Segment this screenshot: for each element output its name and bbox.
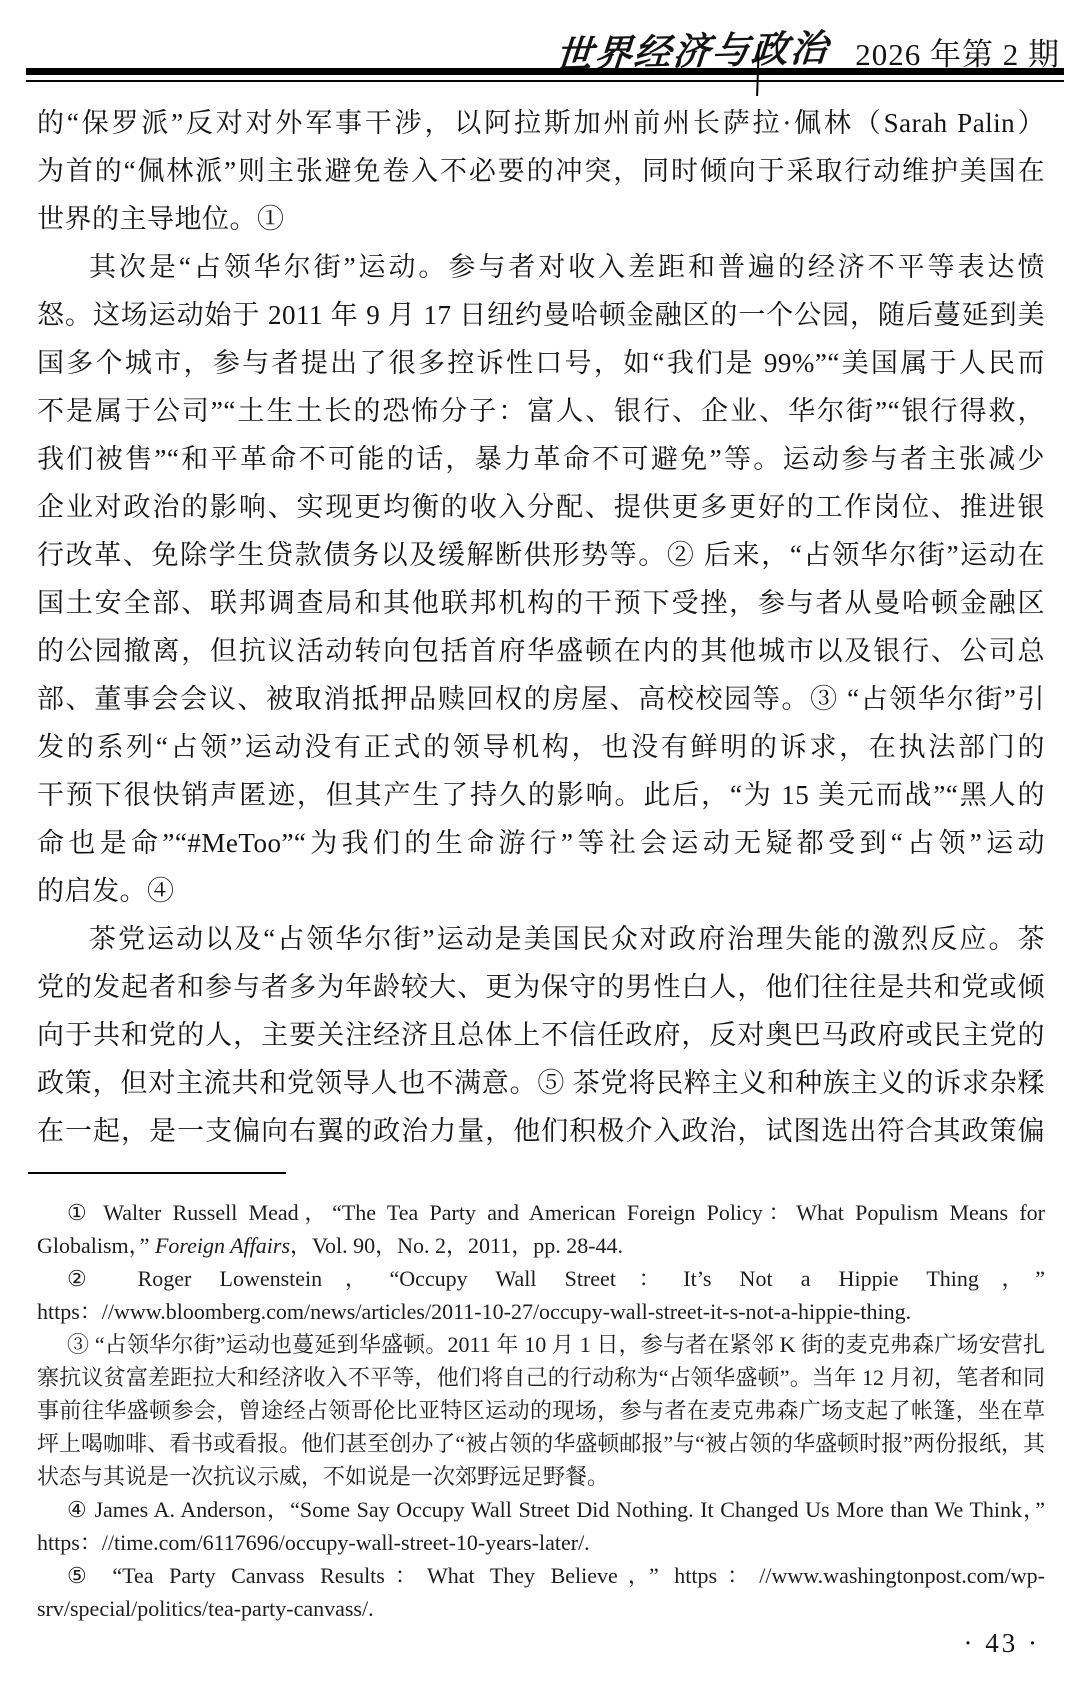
body-text-line: 世界的主导地位。① xyxy=(37,195,1045,243)
body-text-line: 国多个城市，参与者提出了很多控诉性口号，如“我们是 99%”“美国属于人民而 xyxy=(37,339,1045,387)
body-text-line: 发的系列“占领”运动没有正式的领导机构，也没有鲜明的诉求，在执法部门的 xyxy=(37,723,1045,771)
body-text-line: 党的发起者和参与者多为年龄较大、更为保守的男性白人，他们往往是共和党或倾 xyxy=(37,963,1045,1011)
body-text-line: 我们被售”“和平革命不可能的话，暴力革命不可避免”等。运动参与者主张减少 xyxy=(37,435,1045,483)
body-text-line: 的“保罗派”反对对外军事干涉，以阿拉斯加州前州长萨拉·佩林（Sarah Pali… xyxy=(37,99,1045,147)
footnote-item: ③ “占领华尔街”运动也蔓延到华盛顿。2011 年 10 月 1 日，参与者在紧… xyxy=(37,1328,1045,1493)
body-text-line: 茶党运动以及“占领华尔街”运动是美国民众对政府治理失能的激烈反应。茶 xyxy=(37,915,1045,963)
body-text-line: 不是属于公司”“土生土长的恐怖分子：富人、银行、企业、华尔街”“银行得救， xyxy=(37,387,1045,435)
article-body: 的“保罗派”反对对外军事干涉，以阿拉斯加州前州长萨拉·佩林（Sarah Pali… xyxy=(37,99,1045,1155)
body-text-line: 命也是命”“#MeToo”“为我们的生命游行”等社会运动无疑都受到“占领”运动 xyxy=(37,819,1045,867)
page-number: · 43 · xyxy=(964,1628,1040,1659)
body-text-line: 的公园撤离，但抗议活动转向包括首府华盛顿在内的其他城市以及银行、公司总 xyxy=(37,627,1045,675)
body-text-line: 其次是“占领华尔街”运动。参与者对收入差距和普遍的经济不平等表达愤 xyxy=(37,243,1045,291)
footnote-item: ① Walter Russell Mead，“The Tea Party and… xyxy=(37,1196,1045,1262)
footnote-separator-rule xyxy=(28,1172,286,1174)
journal-page: 世界经济与政治 2026 年第 2 期 的“保罗派”反对对外军事干涉，以阿拉斯加… xyxy=(0,0,1080,1689)
body-text-line: 在一起，是一支偏向右翼的政治力量，他们积极介入政治，试图选出符合其政策偏 xyxy=(37,1107,1045,1155)
body-text-line: 干预下很快销声匿迹，但其产生了持久的影响。此后，“为 15 美元而战”“黑人的 xyxy=(37,771,1045,819)
body-text-line: 国土安全部、联邦调查局和其他联邦机构的干预下受挫，参与者从曼哈顿金融区 xyxy=(37,579,1045,627)
body-text-line: 行改革、免除学生贷款债务以及缓解断供形势等。② 后来，“占领华尔街”运动在 xyxy=(37,531,1045,579)
journal-logo-calligraphy: 世界经济与政治 xyxy=(554,29,831,73)
page-header: 世界经济与政治 2026 年第 2 期 xyxy=(0,18,1060,70)
body-text-line: 政策，但对主流共和党领导人也不满意。⑤ 茶党将民粹主义和种族主义的诉求杂糅 xyxy=(37,1059,1045,1107)
body-text-line: 部、董事会会议、被取消抵押品赎回权的房屋、高校校园等。③ “占领华尔街”引 xyxy=(37,675,1045,723)
body-text-line: 的启发。④ xyxy=(37,867,1045,915)
body-text-line: 怒。这场运动始于 2011 年 9 月 17 日纽约曼哈顿金融区的一个公园，随后… xyxy=(37,291,1045,339)
body-text-line: 企业对政治的影响、实现更均衡的收入分配、提供更多更好的工作岗位、推进银 xyxy=(37,483,1045,531)
body-text-line: 为首的“佩林派”则主张避免卷入不必要的冲突，同时倾向于采取行动维护美国在 xyxy=(37,147,1045,195)
header-rule-thick xyxy=(26,68,1064,75)
footnotes-block: ① Walter Russell Mead，“The Tea Party and… xyxy=(37,1196,1045,1625)
header-rule-thin xyxy=(26,80,1064,82)
footnote-item: ② Roger Lowenstein，“Occupy Wall Street：I… xyxy=(37,1262,1045,1328)
footnote-item: ⑤ “Tea Party Canvass Results：What They B… xyxy=(37,1559,1045,1625)
footnote-item: ④ James A. Anderson，“Some Say Occupy Wal… xyxy=(37,1493,1045,1559)
body-text-line: 向于共和党的人，主要关注经济且总体上不信任政府，反对奥巴马政府或民主党的 xyxy=(37,1011,1045,1059)
issue-label: 2026 年第 2 期 xyxy=(855,39,1060,70)
